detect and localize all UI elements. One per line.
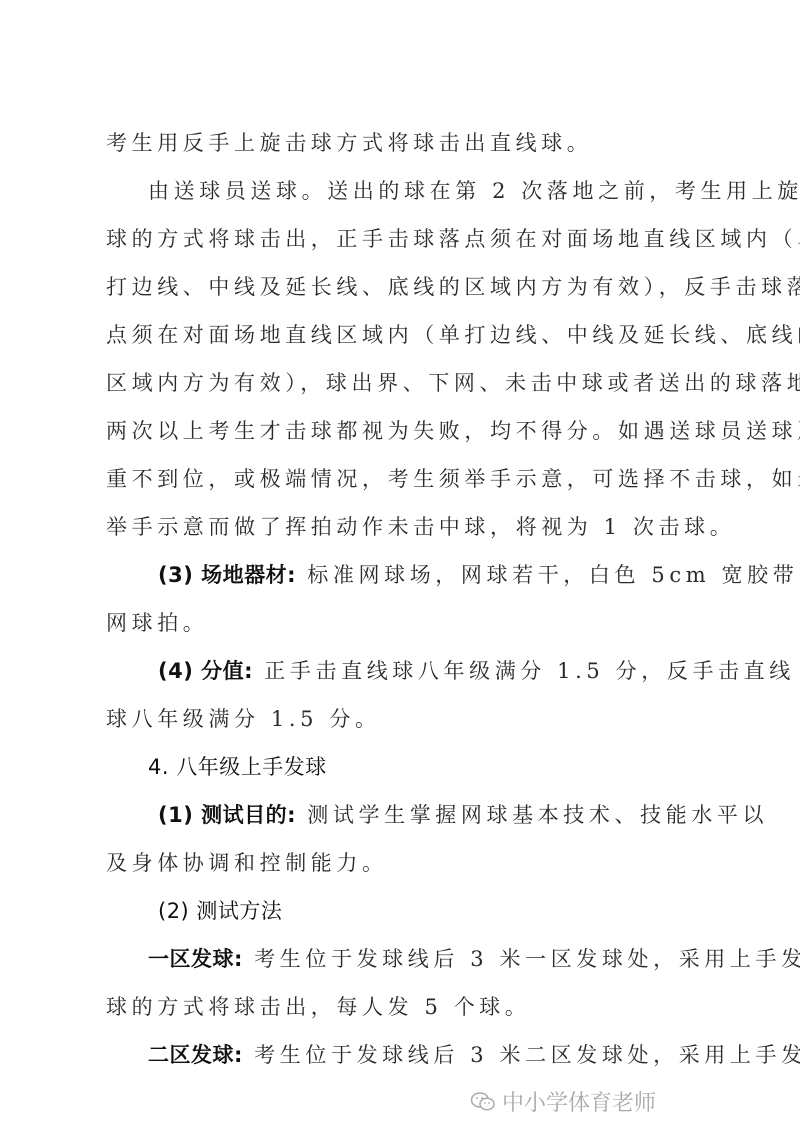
paragraph-line: 球的方式将球击出，正手击球落点须在对面场地直线区域内（单 xyxy=(106,224,800,254)
paragraph-line: 举手示意而做了挥拍动作未击中球，将视为 1 次击球。 xyxy=(106,512,735,542)
equipment-text: 标准网球场，网球若干，白色 5cm 宽胶带， xyxy=(296,563,800,587)
paragraph-line: 重不到位，或极端情况，考生须举手示意，可选择不击球，如未 xyxy=(106,464,800,494)
paragraph-line: 区域内方为有效），球出界、下网、未击中球或者送出的球落地 xyxy=(106,368,800,398)
zone2-text: 考生位于发球线后 3 米二区发球处，采用上手发 xyxy=(243,1043,800,1067)
paragraph-line: 点须在对面场地直线区域内（单打边线、中线及延长线、底线的 xyxy=(106,320,800,350)
equipment-label: (3) 场地器材: xyxy=(158,563,296,587)
purpose-item: (1) 测试目的: 测试学生掌握网球基本技术、技能水平以 xyxy=(158,800,768,830)
purpose-continuation: 及身体协调和控制能力。 xyxy=(106,848,388,878)
paragraph-line: 两次以上考生才击球都视为失败，均不得分。如遇送球员送球严 xyxy=(106,416,800,446)
zone2-label: 二区发球: xyxy=(148,1043,243,1067)
equipment-continuation: 网球拍。 xyxy=(106,608,208,638)
method-heading: (2) 测试方法 xyxy=(158,896,282,926)
score-continuation: 球八年级满分 1.5 分。 xyxy=(106,704,381,734)
zone2-item: 二区发球: 考生位于发球线后 3 米二区发球处，采用上手发 xyxy=(148,1040,800,1070)
zone1-label: 一区发球: xyxy=(148,947,243,971)
purpose-text: 测试学生掌握网球基本技术、技能水平以 xyxy=(296,803,768,827)
score-label: (4) 分值: xyxy=(158,659,253,683)
watermark: 中小学体育老师 xyxy=(470,1086,656,1117)
paragraph-line: 打边线、中线及延长线、底线的区域内方为有效），反手击球落 xyxy=(106,272,800,302)
zone1-text: 考生位于发球线后 3 米一区发球处，采用上手发 xyxy=(243,947,800,971)
wechat-icon xyxy=(470,1090,496,1114)
equipment-item: (3) 场地器材: 标准网球场，网球若干，白色 5cm 宽胶带， xyxy=(158,560,800,590)
purpose-label: (1) 测试目的: xyxy=(158,803,296,827)
zone1-continuation: 球的方式将球击出，每人发 5 个球。 xyxy=(106,992,531,1022)
score-item: (4) 分值: 正手击直线球八年级满分 1.5 分，反手击直线 xyxy=(158,656,795,686)
zone1-item: 一区发球: 考生位于发球线后 3 米一区发球处，采用上手发 xyxy=(148,944,800,974)
score-text: 正手击直线球八年级满分 1.5 分，反手击直线 xyxy=(253,659,795,683)
paragraph-line: 由送球员送球。送出的球在第 2 次落地之前，考生用上旋击 xyxy=(148,176,800,206)
section-heading: 4. 八年级上手发球 xyxy=(148,752,327,782)
watermark-text: 中小学体育老师 xyxy=(502,1086,656,1117)
paragraph-line: 考生用反手上旋击球方式将球击出直线球。 xyxy=(106,128,592,158)
